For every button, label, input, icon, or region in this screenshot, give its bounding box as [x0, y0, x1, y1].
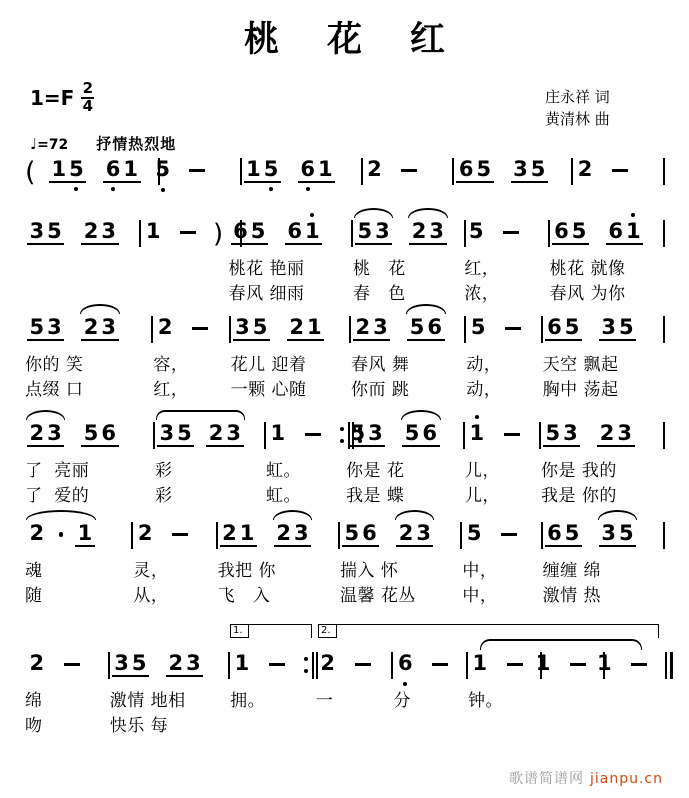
lyrics-line-2: 彩: [155, 486, 266, 507]
lyrics-line-2: 我是 蝶: [346, 486, 465, 507]
measure-notes: 6: [393, 652, 468, 682]
music-system-2: 35231)6561桃花 艳丽春风 细雨5323桃 花春 色5红，浓，6561桃…: [25, 220, 665, 305]
note-digit: 3: [226, 422, 241, 445]
note-digit: 1: [307, 316, 322, 339]
note-digit: 5: [405, 422, 420, 445]
measure-notes: 6561: [550, 220, 665, 250]
note-group: 2: [135, 522, 155, 547]
note-digit: 6: [398, 652, 413, 677]
lyrics-line-2: 红，: [153, 380, 230, 401]
measure-notes: 1561: [242, 158, 363, 188]
high-octave-dot: [631, 213, 635, 217]
dash-note: [305, 433, 321, 436]
lyrics-line-1: 桃 花: [353, 259, 464, 280]
note-digit: 1: [246, 158, 261, 181]
dash-note: [501, 533, 517, 536]
low-octave-dot: [111, 187, 115, 191]
music-system-6: 2绵吻3523激情 地相快乐 每1拥。2一6分1钟。111.2.: [25, 624, 665, 737]
lyrics-line-2: 温馨 花丛: [340, 586, 462, 607]
measure-notes: 2356: [351, 316, 466, 346]
note-group: 61: [606, 220, 643, 245]
lyrics-line-1: 花儿 迎着: [231, 355, 351, 376]
lyrics-line-1: 一: [316, 691, 394, 712]
note-group: 5: [464, 522, 484, 547]
lyrics-line-2: 激情 热: [543, 586, 665, 607]
note-digit: 1: [473, 652, 488, 677]
volta-bracket-1: 1.: [230, 624, 312, 638]
measure: 5323桃 花春 色: [353, 220, 464, 305]
note-group: 5: [466, 220, 486, 245]
lyrics-line-1: 彩: [155, 461, 266, 482]
credits: 庄永祥 词 黄清林 曲: [545, 86, 610, 130]
measure-notes: 2: [153, 316, 230, 346]
note-group: 5: [468, 316, 488, 341]
note-group: 35: [27, 220, 64, 245]
lyrics-line-1: 中，: [462, 561, 542, 582]
measure-notes: 6535: [543, 316, 665, 346]
lyrics-line-2: 中，: [462, 586, 542, 607]
dash-note: [505, 327, 521, 330]
time-signature-denominator: 4: [83, 100, 93, 113]
lyricist-credit: 庄永祥 词: [545, 86, 610, 108]
lyrics-line-2: 一颗 心随: [231, 380, 351, 401]
slur-arc: [598, 510, 637, 520]
low-octave-dot: [161, 188, 165, 192]
lyrics-line-1: 你的 笑: [25, 355, 153, 376]
note-digit: 3: [375, 220, 390, 243]
measure-notes: 2: [133, 522, 217, 552]
measure-notes: 6535: [543, 522, 665, 552]
measure: 5: [151, 158, 242, 188]
note-group: 53: [543, 422, 580, 447]
measure: 1): [141, 220, 228, 259]
note-group: 35: [599, 316, 636, 341]
dash-note: [355, 663, 371, 666]
note-digit: 3: [47, 316, 62, 339]
note-digit: 5: [132, 652, 147, 675]
note-digit: 5: [565, 316, 580, 339]
note-digit: 5: [84, 422, 99, 445]
note-digit: 1: [597, 652, 612, 677]
lyrics-line-1: 绵: [25, 691, 110, 712]
note-group: 1: [595, 652, 615, 677]
slur-arc: [401, 410, 440, 420]
note-group: 61: [103, 158, 140, 183]
note-digit: 1: [536, 652, 551, 677]
note-group: 23: [206, 422, 243, 447]
lyrics-line-1: 桃花 就像: [550, 259, 665, 280]
lyrics-line-1: 天空 飘起: [543, 355, 665, 376]
measure: 2容，红，: [153, 316, 230, 401]
dash-note: [570, 663, 586, 666]
note-group: 65: [545, 316, 582, 341]
note-wrap: 3523: [157, 422, 244, 447]
opening-parenthesis: (: [25, 158, 41, 188]
lyrics-line-2: 你而 跳: [351, 380, 466, 401]
dash-note: [401, 169, 417, 172]
note-digit: 5: [251, 220, 266, 243]
slur-arc: [406, 304, 445, 314]
note-digit: 1: [626, 220, 641, 243]
note-group: 65: [552, 220, 589, 245]
note-digit: 3: [416, 522, 431, 545]
high-octave-dot: [475, 415, 479, 419]
bar-line: [665, 652, 667, 679]
note-group: 35: [112, 652, 149, 677]
measure: 6535: [454, 158, 573, 188]
note-group: 61: [285, 220, 322, 245]
measure: 1561: [242, 158, 363, 188]
note-wrap: 21: [27, 522, 95, 547]
music-system-3: 5323你的 笑点缀 口2容，红，3521花儿 迎着一颗 心随2356春风 舞你…: [25, 316, 665, 401]
parenthesis: ): [213, 220, 223, 248]
note-digit: 2: [412, 220, 427, 243]
note-digit: 3: [601, 316, 616, 339]
barline: [663, 158, 665, 185]
note-digit: 1: [305, 220, 320, 243]
measure-notes: 3523: [110, 652, 230, 682]
slur-arc: [273, 510, 312, 520]
dash-note: [172, 533, 188, 536]
note-digit: 5: [467, 522, 482, 547]
measure: 2123我把 你飞 入: [218, 522, 340, 607]
barline: [663, 316, 665, 343]
measure-notes: 5: [462, 522, 542, 552]
note-digit: 6: [547, 316, 562, 339]
final-barline: [664, 652, 674, 679]
note-group: 15: [49, 158, 86, 183]
note-digit: 5: [351, 422, 366, 445]
note-group: 2: [27, 652, 47, 677]
lyrics-line-1: 儿，: [465, 461, 541, 482]
dash-note: [612, 169, 628, 172]
note-digit: 6: [427, 316, 442, 339]
note-group: 23: [353, 316, 390, 341]
note-digit: 1: [470, 422, 485, 447]
measure-notes: 1561: [47, 158, 151, 188]
slur-arc: [395, 510, 434, 520]
note-group: 21: [220, 522, 257, 547]
lyrics-line-2: 我是 你的: [541, 486, 665, 507]
low-octave-dot: [74, 187, 78, 191]
slur-arc: [156, 410, 245, 420]
dash-note: [432, 663, 448, 666]
measure-notes: 5323: [541, 422, 665, 452]
lyrics-line-2: 了 爱的: [25, 486, 155, 507]
measure: 6分: [393, 652, 468, 716]
note-group: 53: [355, 220, 392, 245]
slur-arc: [408, 208, 447, 218]
note-group: 15: [244, 158, 281, 183]
note-digit: 3: [101, 316, 116, 339]
lyrics-line-1: 灵，: [133, 561, 217, 582]
note-digit: 1: [318, 158, 333, 181]
measure: 2: [573, 158, 665, 188]
note-group: 2: [365, 158, 385, 183]
barline: [663, 220, 665, 247]
note-group: 35: [599, 522, 636, 547]
measure: 1拥。: [230, 652, 316, 716]
lyrics-line-2: 春风 细雨: [229, 284, 353, 305]
volta-label: 2.: [319, 625, 337, 638]
measure: 6561桃花 艳丽春风 细雨: [229, 220, 353, 305]
note-group: 1: [268, 422, 288, 447]
measure-notes: 2: [316, 652, 394, 682]
slur-arc: [26, 510, 96, 520]
measure-notes: 5: [151, 158, 242, 188]
note-group: 53: [348, 422, 385, 447]
note-group: 5: [153, 158, 173, 183]
note-digit: 5: [619, 316, 634, 339]
note-digit: 2: [600, 422, 615, 445]
measure-notes: 6535: [454, 158, 573, 188]
note-digit: 2: [367, 158, 382, 183]
note-group: 23: [27, 422, 64, 447]
note-group: 65: [456, 158, 493, 183]
note-digit: 2: [222, 522, 237, 545]
note-digit: 5: [344, 522, 359, 545]
note-digit: 5: [471, 316, 486, 341]
note-group: 56: [342, 522, 379, 547]
measure-notes: 3521: [231, 316, 351, 346]
note-group: 53: [27, 316, 64, 341]
lyrics-line-1: 钟。: [468, 691, 531, 712]
measure-notes: 21: [25, 522, 133, 552]
slur-arc: [80, 304, 119, 314]
bar-line: [312, 652, 314, 679]
note-digit: 5: [177, 422, 192, 445]
slur-arc: [354, 208, 393, 218]
lyrics-line-2: 飞 入: [218, 586, 340, 607]
measure: 3521花儿 迎着一颗 心随: [231, 316, 351, 401]
lyrics-line-1: 激情 地相: [110, 691, 230, 712]
measure: 3523彩彩: [155, 422, 266, 507]
lyrics-line-1: 桃花 艳丽: [229, 259, 353, 280]
measure: 5623揣入 怀温馨 花丛: [340, 522, 462, 607]
note-digit: 3: [368, 422, 383, 445]
lyrics-line-2: 点缀 口: [25, 380, 153, 401]
low-octave-dot: [403, 682, 407, 686]
lyrics-line-2: 从，: [133, 586, 217, 607]
dash-note: [631, 663, 647, 666]
note-digit: 6: [547, 522, 562, 545]
note-digit: 1: [146, 220, 161, 245]
measure: 5红，浓，: [464, 220, 549, 305]
dot-separator: [59, 532, 64, 537]
note-digit: 2: [356, 316, 371, 339]
measure-notes: 2: [25, 652, 110, 682]
measure-notes: 1): [141, 220, 228, 250]
music-system-4: 2356了 亮丽了 爱的3523彩彩1虹。虹。5356你是 花我是 蝶1儿，儿，…: [25, 422, 665, 507]
note-group: 23: [409, 220, 446, 245]
key-signature: 1=F 2 4: [30, 82, 94, 113]
note-digit: 3: [563, 422, 578, 445]
note-digit: 5: [546, 422, 561, 445]
note-digit: 3: [373, 316, 388, 339]
lyrics-line-1: 分: [393, 691, 468, 712]
note-digit: 5: [264, 158, 279, 181]
low-octave-dot: [306, 187, 310, 191]
dash-note: [192, 327, 208, 330]
lyrics-line-2: 快乐 每: [110, 716, 230, 737]
note-digit: 3: [513, 158, 528, 181]
note-digit: 3: [601, 522, 616, 545]
time-signature: 2 4: [81, 82, 94, 113]
lyrics-line-2: 浓，: [464, 284, 549, 305]
site-name: 歌谱简谱网: [509, 771, 584, 787]
dash-note: [180, 231, 196, 234]
quarter-note-icon: ♩: [30, 135, 37, 153]
measure: 6535天空 飘起胸中 荡起: [543, 316, 665, 401]
lyrics-line-1: 了 亮丽: [25, 461, 155, 482]
note-digit: 1: [240, 522, 255, 545]
note-digit: 1: [235, 652, 250, 677]
measure-notes: 2: [573, 158, 665, 188]
composer-credit: 黄清林 曲: [545, 108, 610, 130]
note-digit: 6: [422, 422, 437, 445]
note-digit: 2: [209, 422, 224, 445]
note-digit: 3: [114, 652, 129, 675]
note-digit: 5: [469, 220, 484, 245]
note-digit: 3: [160, 422, 175, 445]
music-system-1: (156151561265352: [25, 158, 665, 188]
note-group: 2: [318, 652, 338, 677]
note-digit: 5: [410, 316, 425, 339]
note-group: 1: [467, 422, 487, 447]
lyrics-line-1: 缠缠 绵: [543, 561, 665, 582]
site-url: jianpu.cn: [590, 771, 663, 787]
note-digit: 2: [84, 220, 99, 243]
title-char-2: 花: [327, 12, 362, 62]
measure: 2: [363, 158, 455, 188]
note-digit: 2: [30, 422, 45, 445]
high-octave-dot: [310, 213, 314, 217]
measure: 5中，中，: [462, 522, 542, 607]
note-digit: 5: [358, 220, 373, 243]
measure-notes: 6561: [229, 220, 353, 250]
note-group: 56: [81, 422, 118, 447]
note-digit: 2: [30, 652, 45, 677]
note-group: 23: [274, 522, 311, 547]
measure: 2356了 亮丽了 爱的: [25, 422, 155, 507]
lyrics-line-2: 虹。: [266, 486, 346, 507]
measure-notes: 5623: [340, 522, 462, 552]
note-digit: 3: [429, 220, 444, 243]
measure-notes: 3523: [25, 220, 141, 250]
measure-notes: 1: [468, 652, 531, 682]
bar-line-thick: [670, 652, 674, 679]
note-digit: 3: [47, 422, 62, 445]
note-digit: 5: [572, 220, 587, 243]
sheet-music-page: 桃花红 1=F 2 4 庄永祥 词 黄清林 曲 ♩=72 抒情热烈地 (1561…: [0, 0, 689, 798]
measure-notes: 5: [466, 316, 542, 346]
measure-notes: 5: [464, 220, 549, 250]
note-group: 21: [287, 316, 324, 341]
note-digit: 3: [294, 522, 309, 545]
lyrics-line-2: 随: [25, 586, 133, 607]
song-title: 桃花红: [0, 12, 689, 62]
music-system-5: 21魂随2灵，从，2123我把 你飞 入5623揣入 怀温馨 花丛5中，中，65…: [25, 522, 665, 607]
note-digit: 2: [399, 522, 414, 545]
note-group: 23: [597, 422, 634, 447]
lyrics-line-1: 红，: [464, 259, 549, 280]
note-digit: 2: [168, 652, 183, 675]
measure: 1561: [47, 158, 151, 188]
measure-notes: 3523: [155, 422, 266, 452]
note-digit: 6: [554, 220, 569, 243]
dash-note: [503, 231, 519, 234]
note-digit: 2: [138, 522, 153, 547]
measure-notes: 1: [531, 652, 592, 682]
lyrics-line-2: 儿，: [465, 486, 541, 507]
watermark: 歌谱简谱网jianpu.cn: [509, 768, 663, 788]
measure-notes: 1: [266, 422, 346, 452]
note-digit: 6: [300, 158, 315, 181]
note-digit: 2: [158, 316, 173, 341]
title-char-3: 红: [410, 12, 445, 62]
lyrics-line-1: 你是 我的: [541, 461, 665, 482]
measure: 2一: [316, 652, 394, 716]
note-digit: 5: [47, 220, 62, 243]
time-signature-numerator: 2: [83, 82, 93, 95]
lyrics-line-1: 虹。: [266, 461, 346, 482]
note-group: 1: [533, 652, 553, 677]
note-digit: 5: [30, 316, 45, 339]
volta-label: 1.: [231, 625, 249, 638]
measure: 2356春风 舞你而 跳: [351, 316, 466, 401]
measure-notes: 1: [593, 652, 665, 682]
note-digit: 5: [565, 522, 580, 545]
note-digit: 3: [101, 220, 116, 243]
barline: [663, 522, 665, 549]
note-digit: 6: [287, 220, 302, 243]
note-digit: 5: [155, 158, 170, 183]
note-digit: 6: [608, 220, 623, 243]
note-group: 23: [396, 522, 433, 547]
slur-arc: [26, 410, 65, 420]
measure: 5动，动，: [466, 316, 542, 401]
note-group: 23: [166, 652, 203, 677]
measure: 2绵吻: [25, 652, 110, 737]
note-group: 2: [575, 158, 595, 183]
note-digit: 1: [78, 522, 93, 545]
lyrics-line-1: 你是 花: [346, 461, 465, 482]
note-group: 2: [27, 522, 47, 547]
lyrics-line-1: 拥。: [230, 691, 316, 712]
repeat-dots: [340, 422, 344, 448]
measure-notes: 2123: [218, 522, 340, 552]
measure-notes: 1: [230, 652, 316, 682]
note-digit: 5: [476, 158, 491, 181]
note-digit: 1: [52, 158, 67, 181]
measure-notes: 5323: [353, 220, 464, 250]
measure: 21魂随: [25, 522, 133, 607]
note-digit: 1: [271, 422, 286, 447]
note-digit: 2: [578, 158, 593, 183]
lyrics-line-2: 春 色: [353, 284, 464, 305]
note-digit: 2: [289, 316, 304, 339]
note-digit: 5: [253, 316, 268, 339]
note-group: 1: [232, 652, 252, 677]
note-digit: 2: [84, 316, 99, 339]
low-octave-dot: [269, 187, 273, 191]
note-digit: 5: [531, 158, 546, 181]
measure: 2灵，从，: [133, 522, 217, 607]
lyrics-line-1: 春风 舞: [351, 355, 466, 376]
note-group: 65: [231, 220, 268, 245]
measure: 1虹。虹。: [266, 422, 346, 507]
barline: [663, 422, 665, 449]
